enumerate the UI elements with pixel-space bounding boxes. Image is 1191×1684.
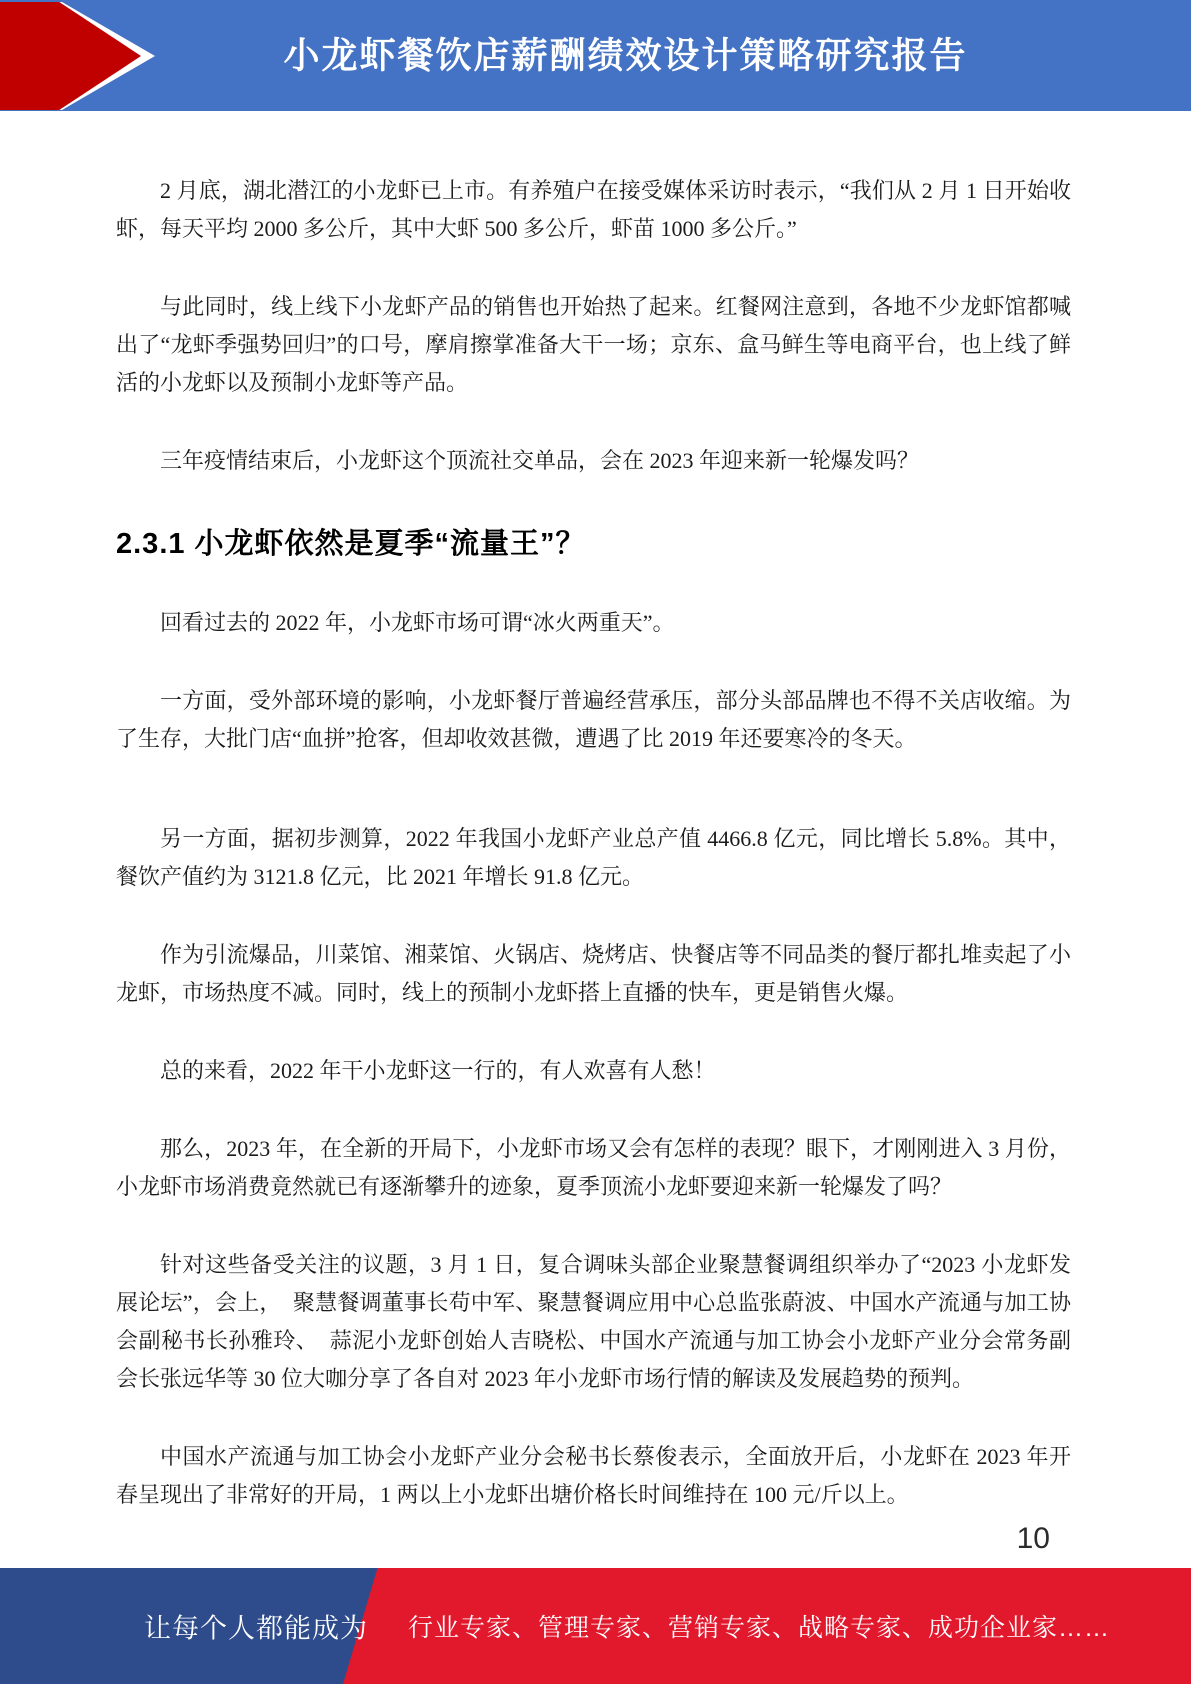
body-paragraph-9: 那么，2023 年，在全新的开局下，小龙虾市场又会有怎样的表现？眼下，才刚刚进入… xyxy=(116,1130,1071,1206)
body-paragraph-2: 与此同时，线上线下小龙虾产品的销售也开始热了起来。红餐网注意到，各地不少龙虾馆都… xyxy=(116,288,1071,402)
body-paragraph-4: 回看过去的 2022 年，小龙虾市场可谓“冰火两重天”。 xyxy=(116,604,1071,642)
footer-slogan-left: 让每个人都能成为 xyxy=(144,1607,368,1646)
section-heading: 2.3.1 小龙虾依然是夏季“流量王”？ xyxy=(116,520,1071,568)
body-paragraph-1: 2 月底，湖北潜江的小龙虾已上市。有养殖户在接受媒体采访时表示，“我们从 2 月… xyxy=(116,172,1071,248)
body-paragraph-10: 针对这些备受关注的议题，3 月 1 日，复合调味头部企业聚慧餐调组织举办了“20… xyxy=(116,1246,1071,1398)
body-paragraph-8: 总的来看，2022 年干小龙虾这一行的，有人欢喜有人愁！ xyxy=(116,1052,1071,1090)
page-number: 10 xyxy=(1017,1524,1050,1554)
body-paragraph-7: 作为引流爆品，川菜馆、湘菜馆、火锅店、烧烤店、快餐店等不同品类的餐厅都扎堆卖起了… xyxy=(116,936,1071,1012)
page-footer: 让每个人都能成为 行业专家、管理专家、营销专家、战略专家、成功企业家…… xyxy=(0,1568,1191,1684)
body-paragraph-6: 另一方面，据初步测算，2022 年我国小龙虾产业总产值 4466.8 亿元，同比… xyxy=(116,820,1071,896)
body-paragraph-11: 中国水产流通与加工协会小龙虾产业分会秘书长蔡俊表示，全面放开后，小龙虾在 202… xyxy=(116,1438,1071,1514)
page-body: 2 月底，湖北潜江的小龙虾已上市。有养殖户在接受媒体采访时表示，“我们从 2 月… xyxy=(0,111,1191,1568)
body-paragraph-3: 三年疫情结束后，小龙虾这个顶流社交单品，会在 2023 年迎来新一轮爆发吗？ xyxy=(116,442,1071,480)
body-paragraph-5: 一方面，受外部环境的影响，小龙虾餐厅普遍经营承压，部分头部品牌也不得不关店收缩。… xyxy=(116,682,1071,758)
report-page: 小龙虾餐饮店薪酬绩效设计策略研究报告 2 月底，湖北潜江的小龙虾已上市。有养殖户… xyxy=(0,0,1191,1684)
page-header: 小龙虾餐饮店薪酬绩效设计策略研究报告 xyxy=(0,0,1191,111)
report-title: 小龙虾餐饮店薪酬绩效设计策略研究报告 xyxy=(60,27,1191,78)
footer-slogan-right: 行业专家、管理专家、营销专家、战略专家、成功企业家…… xyxy=(408,1608,1110,1644)
